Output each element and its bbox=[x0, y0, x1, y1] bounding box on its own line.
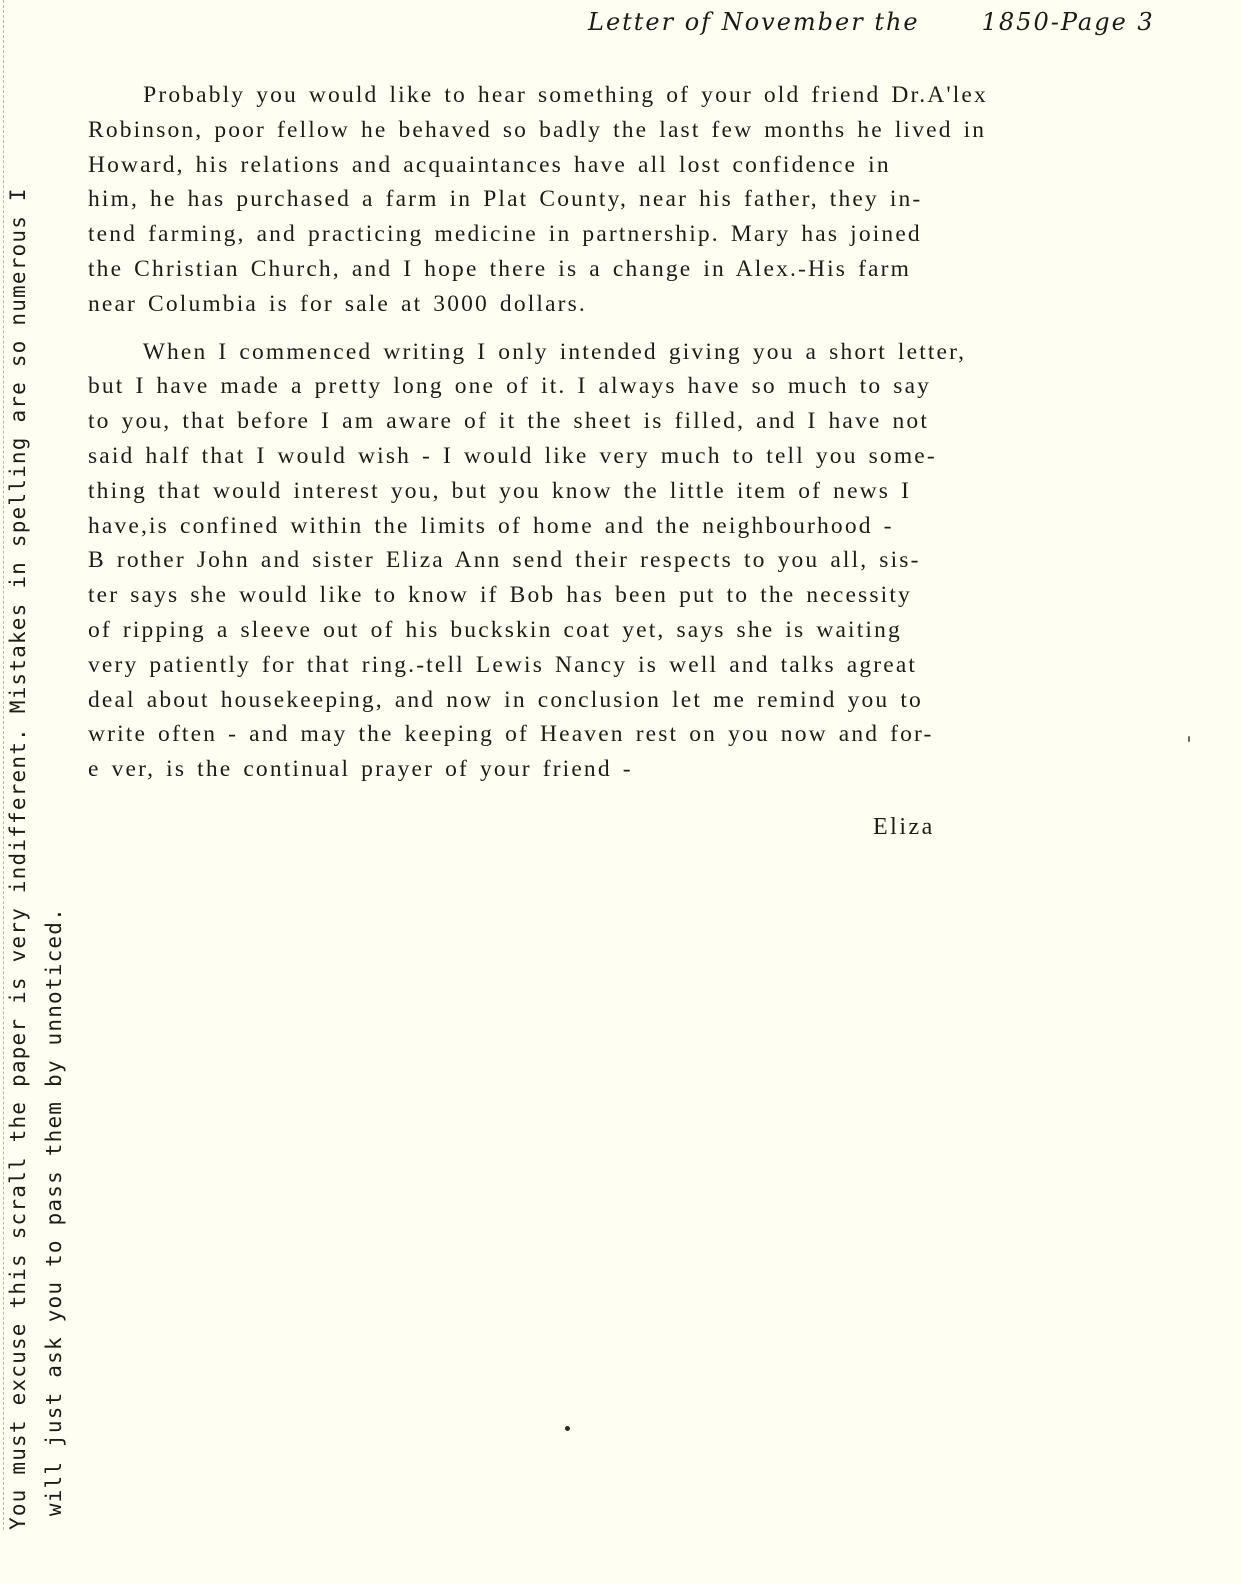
text-line: said half that I would wish - I would li… bbox=[88, 439, 1238, 474]
ink-speck bbox=[565, 1426, 570, 1431]
signature: Eliza bbox=[873, 814, 935, 841]
text-line: very patiently for that ring.-tell Lewis… bbox=[88, 648, 1238, 683]
text-line: him, he has purchased a farm in Plat Cou… bbox=[88, 182, 1238, 217]
text-line: near Columbia is for sale at 3000 dollar… bbox=[88, 287, 1238, 322]
text-line: the Christian Church, and I hope there i… bbox=[88, 252, 1238, 287]
header-page-number: 1850-Page 3 bbox=[982, 8, 1155, 36]
text-line: tend farming, and practicing medicine in… bbox=[88, 217, 1238, 252]
ink-speck bbox=[1188, 736, 1190, 742]
text-line: Robinson, poor fellow he behaved so badl… bbox=[88, 113, 1238, 148]
margin-note-rotated: You must excuse this scrall the paper is… bbox=[0, 0, 72, 1530]
letter-page: Letter of November the1850-Page 3 Probab… bbox=[0, 0, 1242, 1583]
text-line: ter says she would like to know if Bob h… bbox=[88, 578, 1238, 613]
text-line: of ripping a sleeve out of his buckskin … bbox=[88, 613, 1238, 648]
text-line: write often - and may the keeping of Hea… bbox=[88, 717, 1238, 752]
text-line: Howard, his relations and acquaintances … bbox=[88, 148, 1238, 183]
text-line: have,is confined within the limits of ho… bbox=[88, 509, 1238, 544]
paragraph-1: Probably you would like to hear somethin… bbox=[88, 78, 1238, 322]
text-line: but I have made a pretty long one of it.… bbox=[88, 369, 1238, 404]
header-title: Letter of November the bbox=[588, 8, 920, 36]
paragraph-2: When I commenced writing I only intended… bbox=[88, 335, 1238, 787]
text-line: Probably you would like to hear somethin… bbox=[88, 78, 1238, 113]
text-line: B rother John and sister Eliza Ann send … bbox=[88, 543, 1238, 578]
letter-body: Probably you would like to hear somethin… bbox=[88, 78, 1238, 787]
text-line: thing that would interest you, but you k… bbox=[88, 474, 1238, 509]
text-line: to you, that before I am aware of it the… bbox=[88, 404, 1238, 439]
margin-note-line-1: You must excuse this scrall the paper is… bbox=[0, 0, 36, 1530]
text-line: e ver, is the continual prayer of your f… bbox=[88, 752, 1238, 787]
page-header: Letter of November the1850-Page 3 bbox=[588, 8, 1155, 36]
paragraph-spacer bbox=[88, 322, 1238, 335]
margin-note-line-2: will just ask you to pass them by unnoti… bbox=[36, 0, 72, 1530]
text-line: deal about housekeeping, and now in conc… bbox=[88, 683, 1238, 718]
text-line: When I commenced writing I only intended… bbox=[88, 335, 1238, 370]
